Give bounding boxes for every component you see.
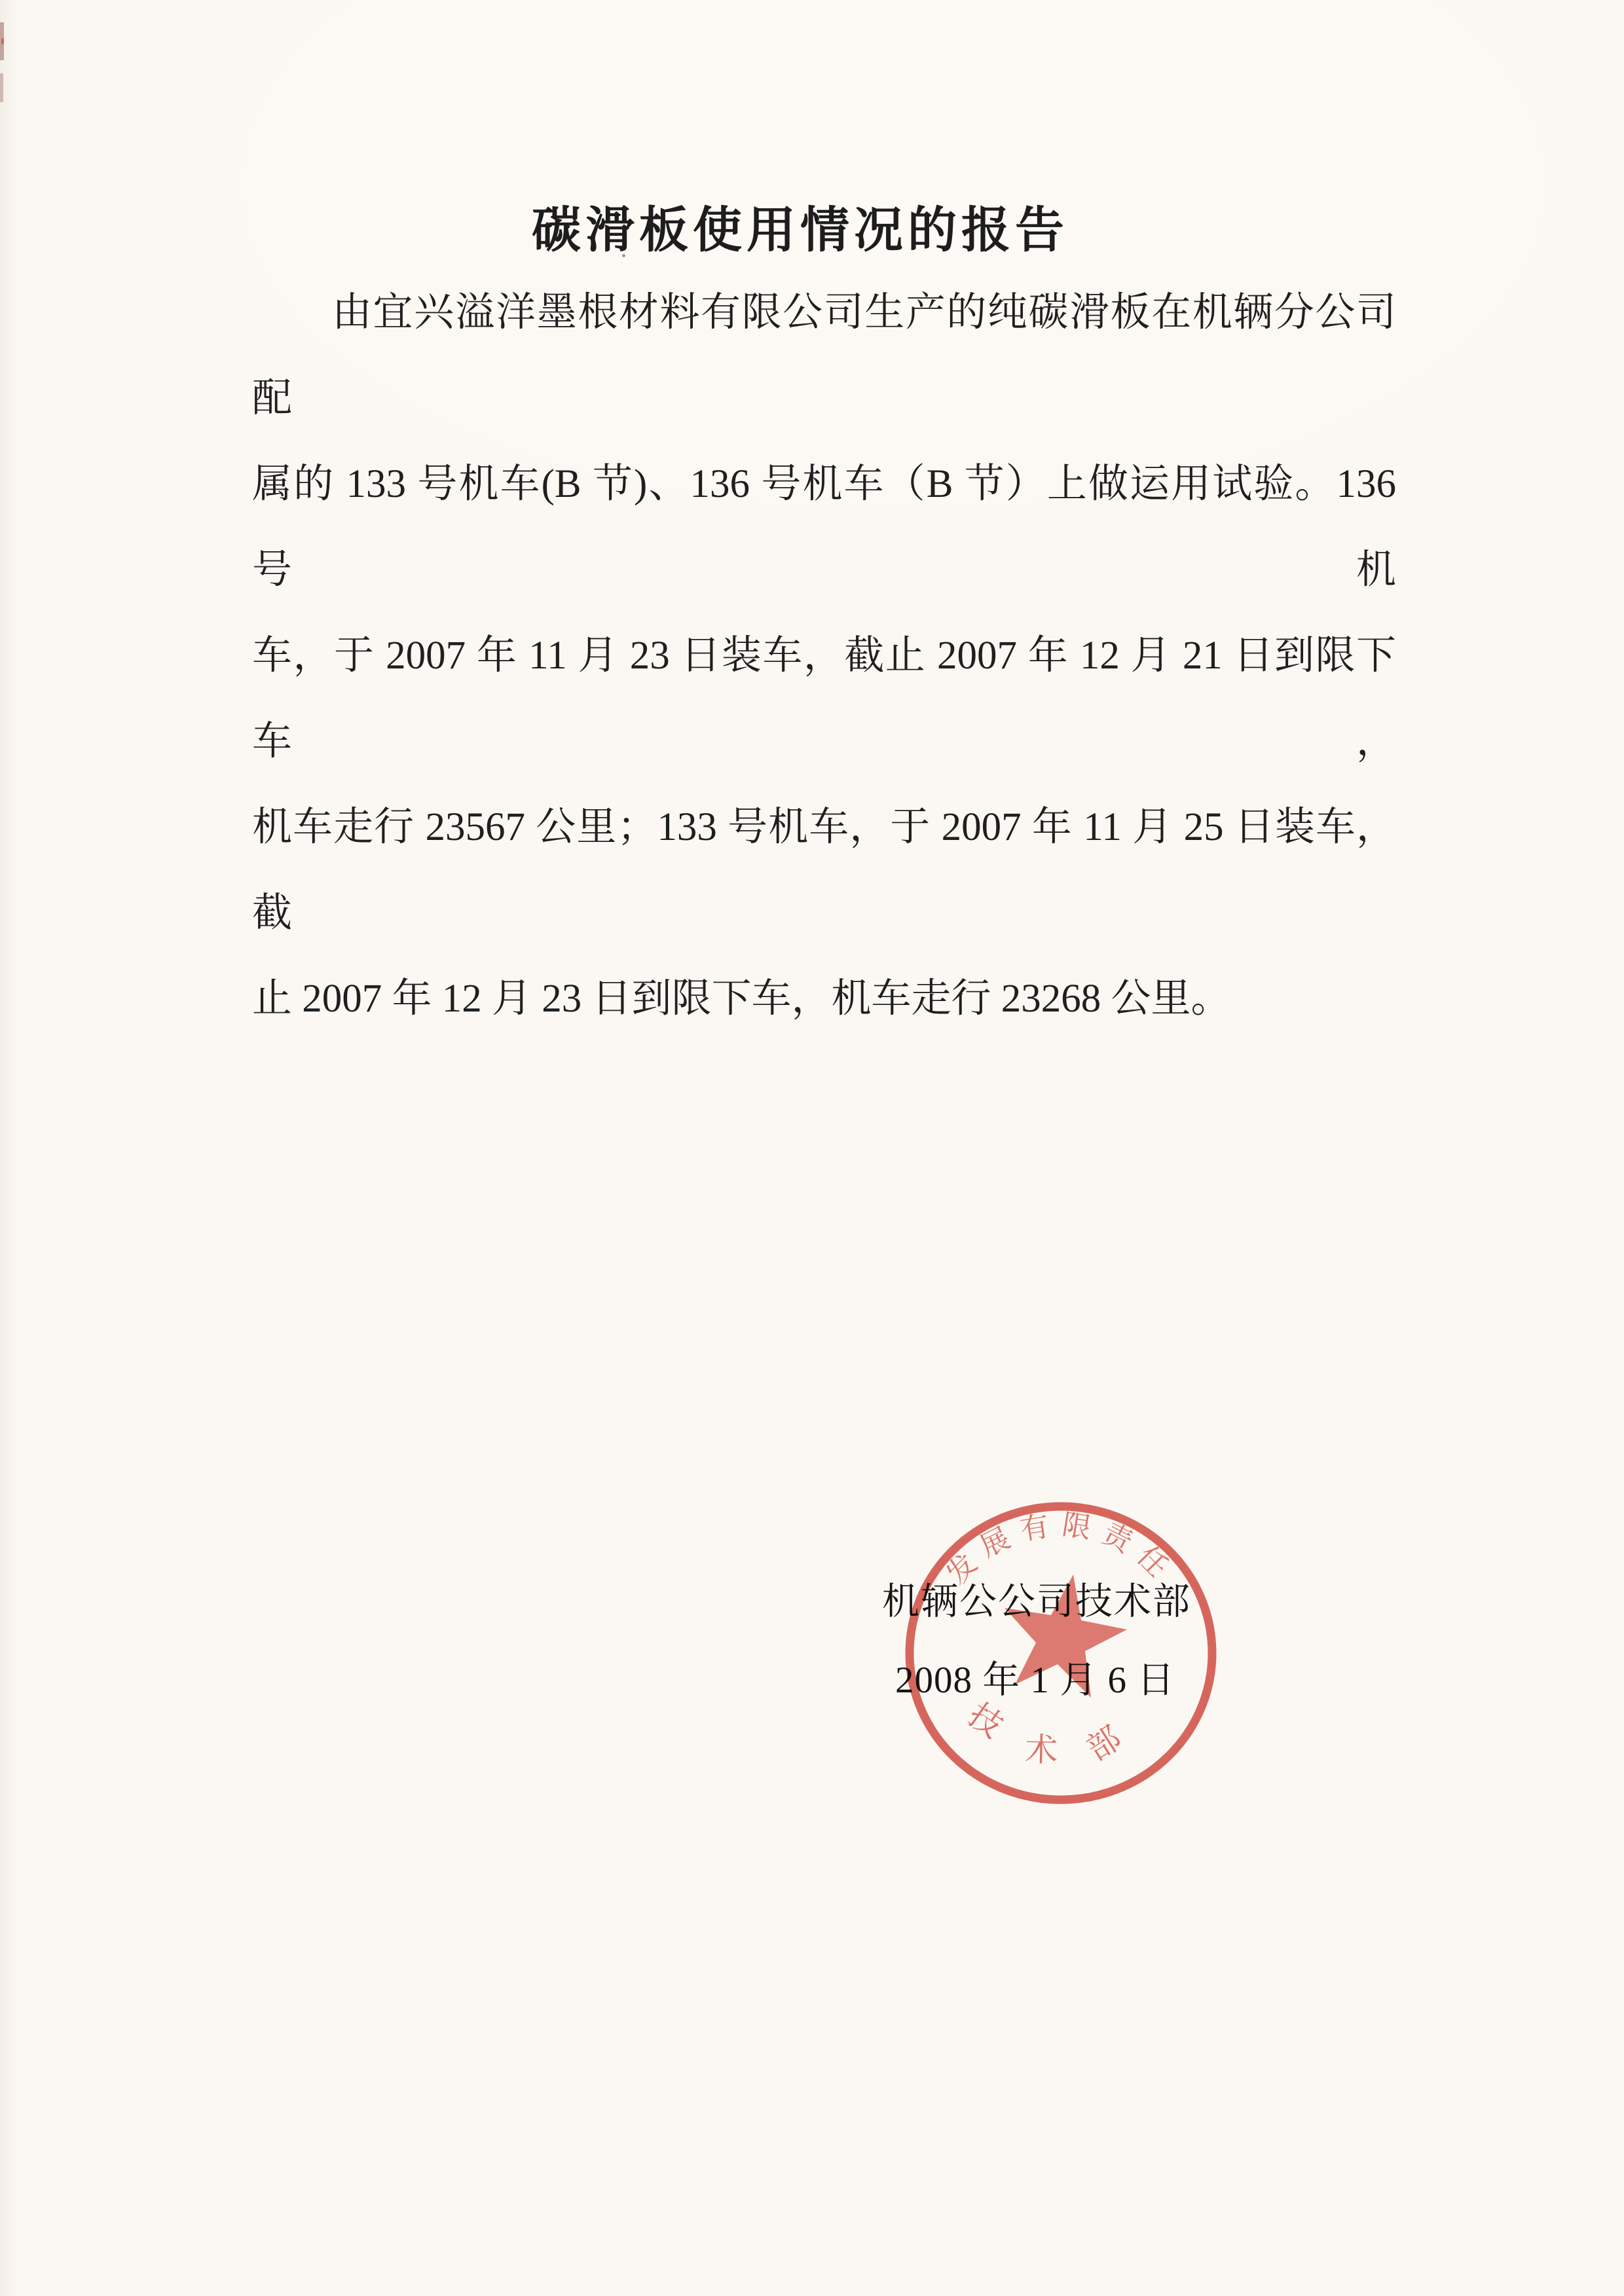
scan-artifact	[1, 38, 4, 45]
official-stamp: 发展有限责任 技术部	[900, 1498, 1221, 1808]
star-icon	[1005, 1575, 1127, 1698]
stamp-inner-text: 技术部	[962, 1696, 1158, 1770]
scan-artifact	[0, 73, 3, 102]
body-paragraph: 由宜兴溢洋墨根材料有限公司生产的纯碳滑板在机辆分公司配 属的 133 号机车(B…	[252, 270, 1396, 1042]
scan-artifact	[622, 254, 625, 257]
document-title: 碳滑板使用情况的报告	[0, 191, 1600, 261]
body-line: 止 2007 年 12 月 23 日到限下车，机车走行 23268 公里。	[252, 956, 1396, 1042]
body-line: 属的 133 号机车(B 节)、136 号机车（B 节）上做运用试验。136 号…	[252, 441, 1396, 613]
body-line: 车，于 2007 年 11 月 23 日装车，截止 2007 年 12 月 21…	[252, 613, 1396, 784]
body-line: 机车走行 23567 公里；133 号机车，于 2007 年 11 月 25 日…	[252, 784, 1396, 956]
stamp-ring-text: 发展有限责任	[940, 1508, 1181, 1590]
body-line: 由宜兴溢洋墨根材料有限公司生产的纯碳滑板在机辆分公司配	[252, 270, 1396, 441]
scanned-document-page: 碳滑板使用情况的报告 由宜兴溢洋墨根材料有限公司生产的纯碳滑板在机辆分公司配 属…	[0, 0, 1624, 2296]
